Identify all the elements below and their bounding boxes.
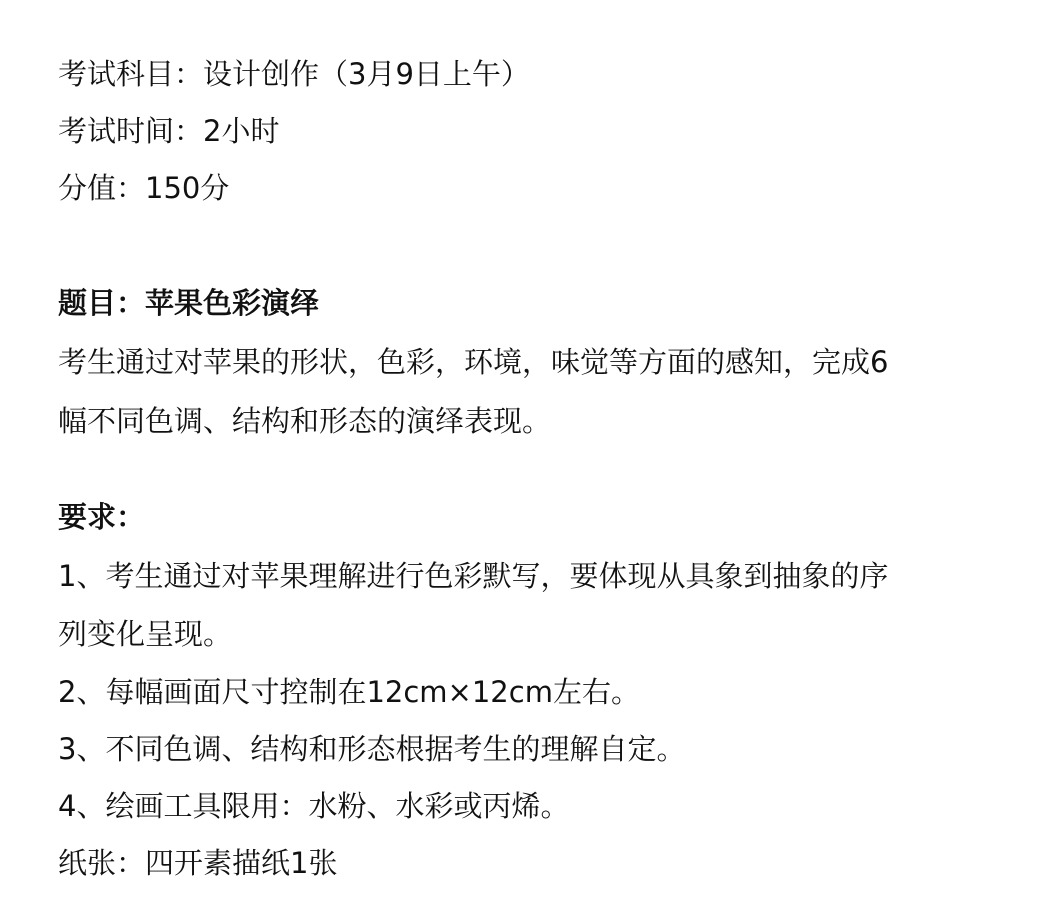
requirement-item-2: 2、每幅画面尺寸控制在12cm×12cm左右。: [58, 672, 640, 712]
topic-heading: 题目：苹果色彩演绎: [58, 283, 319, 323]
requirement-item-3: 3、不同色调、结构和形态根据考生的理解自定。: [58, 729, 685, 769]
requirement-item-4: 4、绘画工具限用：水粉、水彩或丙烯。: [58, 786, 569, 826]
exam-score: 分值：150分: [58, 168, 229, 208]
requirement-item-1-cont: 列变化呈现。: [58, 614, 232, 654]
requirement-item-1: 1、考生通过对苹果理解进行色彩默写，要体现从具象到抽象的序: [58, 556, 888, 596]
exam-duration: 考试时间：2小时: [58, 111, 279, 151]
requirements-heading: 要求：: [58, 497, 145, 537]
topic-description-line2: 幅不同色调、结构和形态的演绎表现。: [58, 401, 551, 441]
paper-spec: 纸张：四开素描纸1张: [58, 843, 337, 883]
topic-description-line1: 考生通过对苹果的形状，色彩，环境，味觉等方面的感知，完成6: [58, 342, 888, 382]
exam-subject: 考试科目：设计创作（3月9日上午）: [58, 54, 530, 94]
